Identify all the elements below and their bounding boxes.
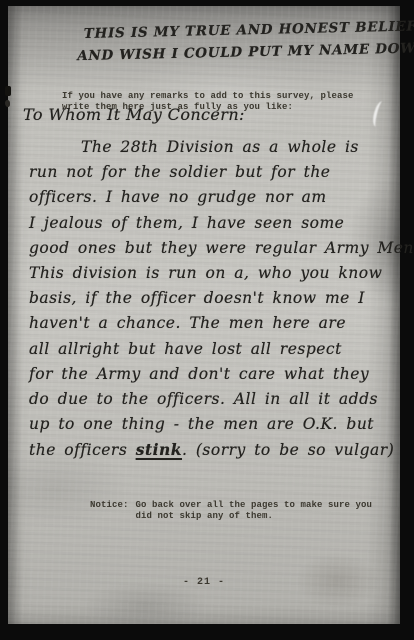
handwritten-line: haven't a chance. The men here are: [29, 311, 414, 336]
handwritten-line: up to one thing - the men are O.K. but: [29, 412, 414, 437]
handwritten-line: basis, if the officer doesn't know me I: [29, 286, 414, 311]
binding-ink-mark: [5, 86, 11, 96]
printed-notice: Notice: Go back over all the pages to ma…: [90, 500, 372, 522]
paper-sheet: THIS IS MY TRUE AND HONEST BELIEF AND WI…: [8, 6, 400, 624]
scanned-survey-page: THIS IS MY TRUE AND HONEST BELIEF AND WI…: [0, 0, 414, 640]
handwritten-line: officers. I have no grudge nor am: [29, 185, 414, 210]
handwritten-line: all allright but have lost all respect: [29, 337, 414, 362]
handwritten-line: I jealous of them, I have seen some: [29, 211, 414, 236]
handwritten-line: for the Army and don't care what they: [29, 362, 414, 387]
page-number: - 21 -: [8, 577, 400, 588]
handwritten-body: The 28th Division as a whole is run not …: [29, 135, 414, 464]
handwritten-salutation: To Whom It May Concern:: [23, 105, 245, 124]
handwritten-line-final: the officers stink. (sorry to be so vulg…: [29, 437, 414, 463]
underlined-word: stink: [136, 440, 182, 459]
printed-prompt-line: If you have any remarks to add to this s…: [62, 91, 354, 102]
handwritten-line: do due to the officers. All in all it ad…: [29, 387, 414, 412]
scan-scratch-artifact: [371, 100, 387, 128]
handwritten-line: good ones but they were regular Army Men…: [29, 236, 414, 261]
binding-ink-mark: [5, 100, 10, 107]
handwritten-line: run not for the soldier but for the: [29, 160, 414, 185]
notice-line: Go back over all the pages to make sure …: [136, 500, 373, 511]
final-line-after: . (sorry to be so vulgar): [182, 441, 394, 459]
final-line-before: the officers: [29, 441, 136, 459]
handwritten-line: This division is run on a, who you know: [29, 261, 414, 286]
handwritten-line: The 28th Division as a whole is: [29, 135, 414, 160]
handwritten-header: THIS IS MY TRUE AND HONEST BELIEF AND WI…: [84, 15, 414, 67]
notice-line: did not skip any of them.: [136, 511, 373, 522]
notice-lines: Go back over all the pages to make sure …: [136, 500, 373, 522]
notice-label: Notice:: [90, 500, 129, 522]
